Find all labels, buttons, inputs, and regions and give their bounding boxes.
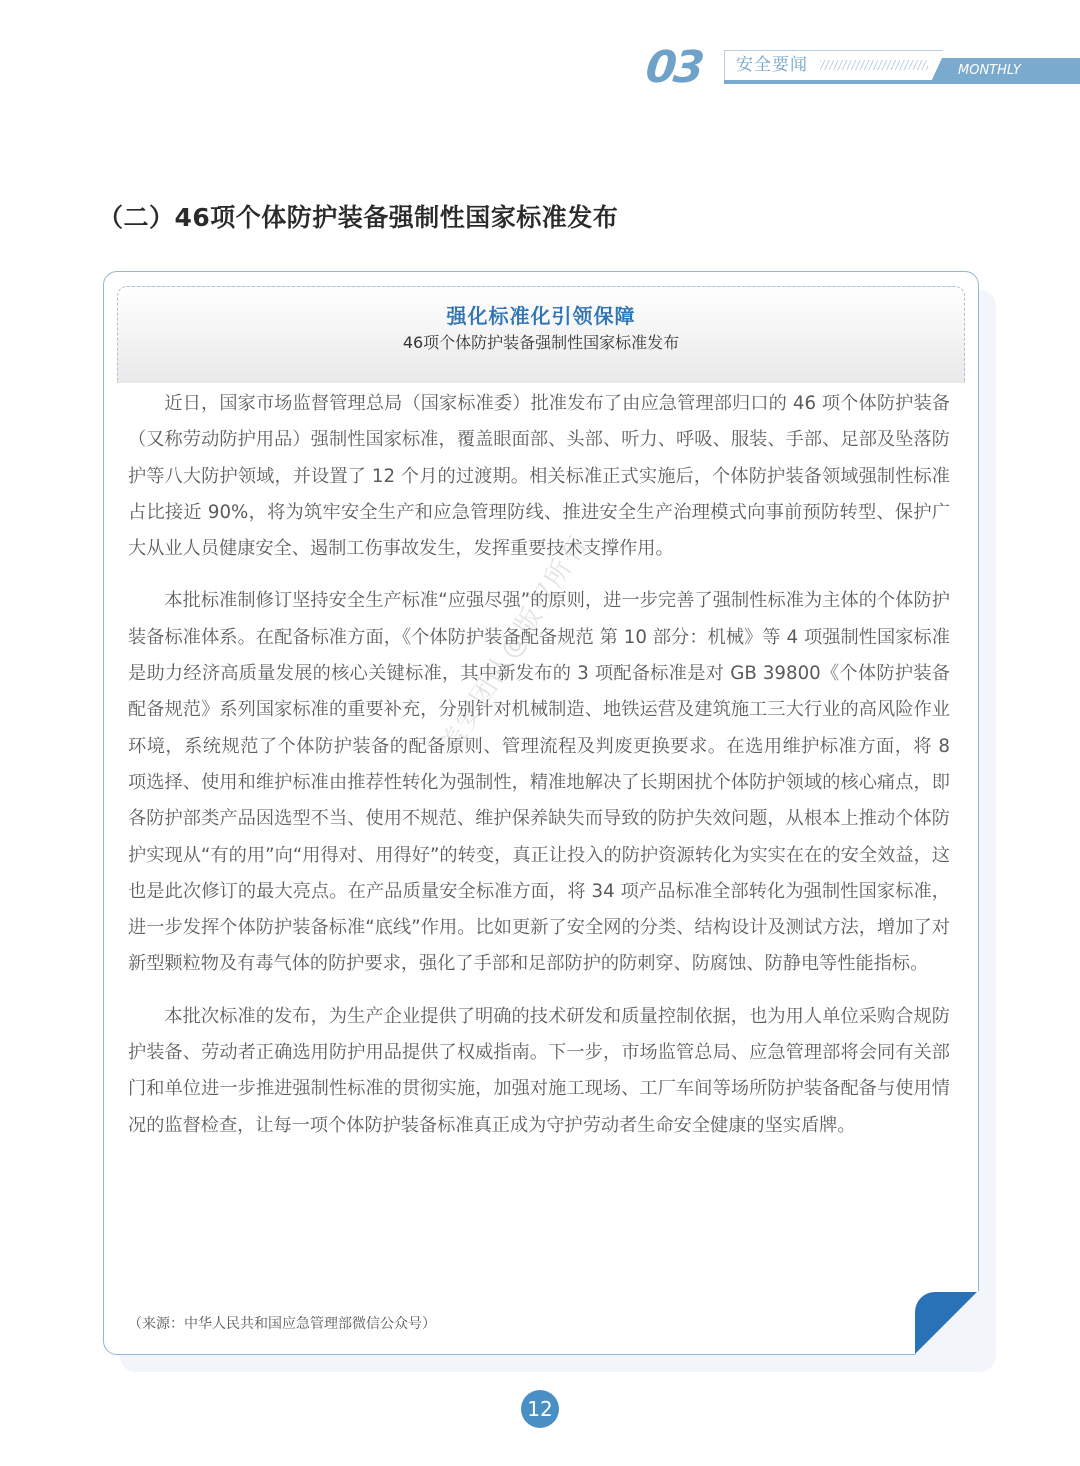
paragraph: 本批标准制修订坚持安全生产标准“应强尽强”的原则，进一步完善了强制性标准为主体的… xyxy=(128,583,950,982)
page-number: 12 xyxy=(521,1390,559,1428)
card-subtitle: 46项个体防护装备强制性国家标准发布 xyxy=(117,332,965,354)
source-note: （来源：中华人民共和国应急管理部微信公众号） xyxy=(128,1314,436,1334)
paragraph: 近日，国家市场监督管理总局（国家标准委）批准发布了由应急管理部归口的 46 项个… xyxy=(128,386,950,567)
monthly-label: MONTHLY xyxy=(958,62,1021,80)
header-hatch-decoration xyxy=(820,60,928,70)
section-number: 03 xyxy=(643,44,703,92)
paragraph: 本批次标准的发布，为生产企业提供了明确的技术研发和质量控制依据，也为用人单位采购… xyxy=(128,999,950,1144)
card-title: 强化标准化引领保障 xyxy=(117,302,965,330)
header-underline xyxy=(724,80,934,84)
article-body: 近日，国家市场监督管理总局（国家标准委）批准发布了由应急管理部归口的 46 项个… xyxy=(128,386,950,1144)
section-heading: （二）46项个体防护装备强制性国家标准发布 xyxy=(98,200,618,236)
header-section-title: 安全要闻 xyxy=(736,54,808,76)
